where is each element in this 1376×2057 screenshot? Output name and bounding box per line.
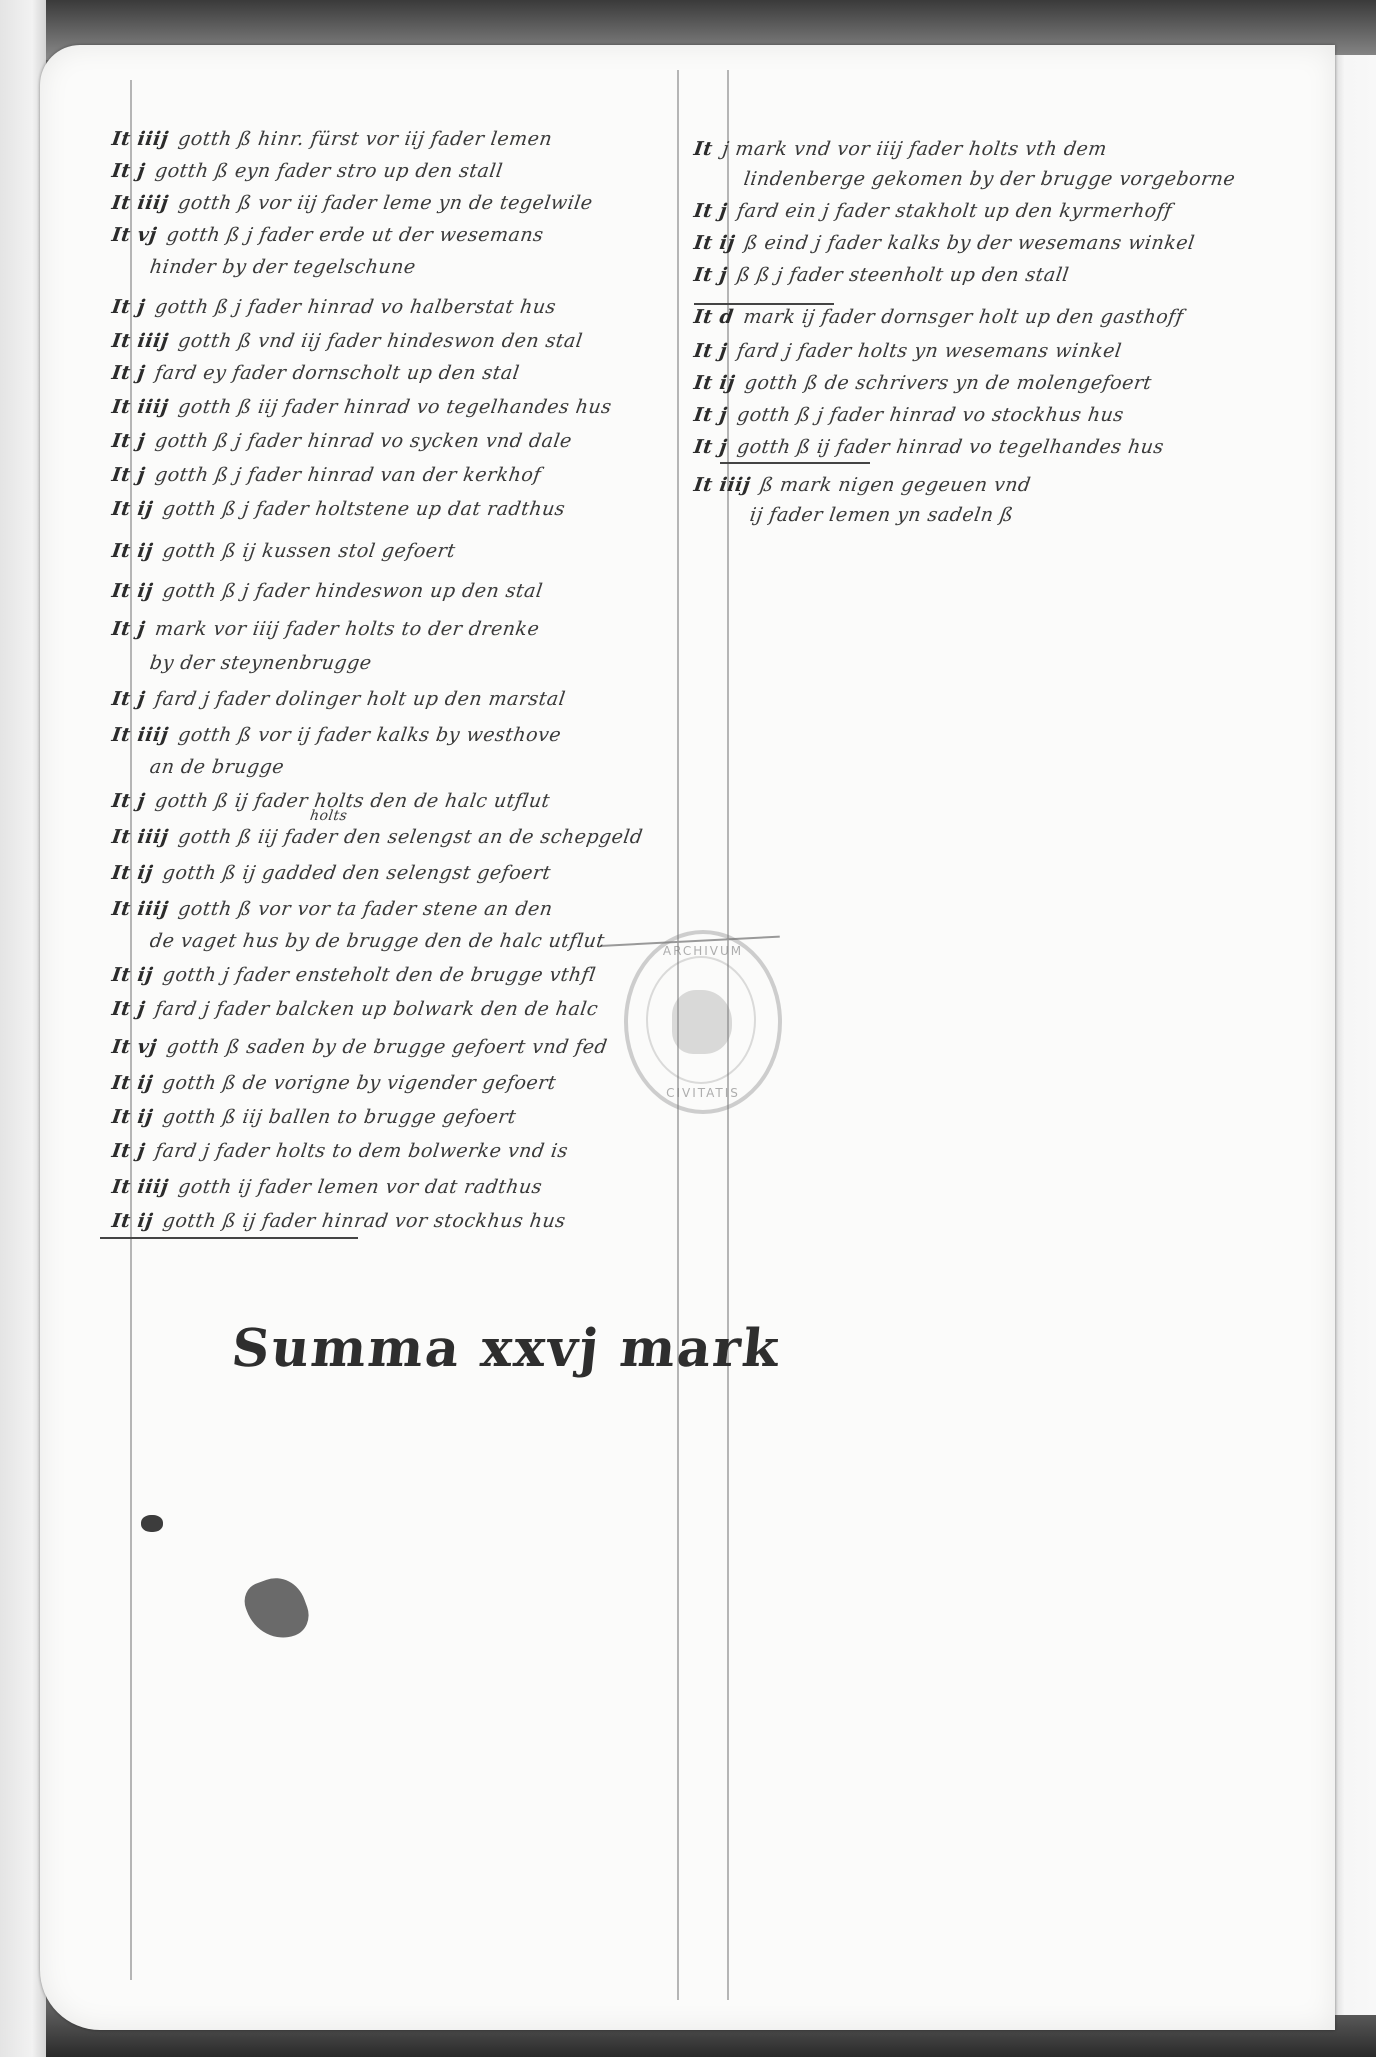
ledger-line: It vjgotth ß saden by de brugge gefoert … bbox=[110, 1036, 608, 1058]
ledger-line: It iiijgotth ß iij fader den selengst an… bbox=[110, 826, 644, 848]
ledger-line: It ijgotth ß de schrivers yn de molengef… bbox=[692, 372, 1153, 394]
ledger-line: It jfard j fader balcken up bolwark den … bbox=[110, 998, 599, 1020]
ledger-line: It iiijgotth ß hinr. fürst vor iij fader… bbox=[110, 128, 553, 150]
ledger-line: de vaget hus by de brugge den de halc ut… bbox=[138, 930, 606, 952]
left-column-end-rule bbox=[100, 1237, 358, 1239]
ledger-line: It ijgotth ß de vorigne by vigender gefo… bbox=[110, 1072, 557, 1094]
ledger-line: an de brugge bbox=[138, 756, 285, 778]
ledger-line: It jgotth ß eyn fader stro up den stall bbox=[110, 160, 504, 182]
ledger-line: by der steynenbrugge bbox=[138, 652, 373, 674]
archive-stamp: ARCHIVUM CIVITATIS bbox=[624, 930, 782, 1114]
ledger-line: It iiijgotth ij fader lemen vor dat radt… bbox=[110, 1176, 543, 1198]
ledger-line: It jfard ey fader dornscholt up den stal bbox=[110, 362, 520, 384]
ledger-line: It ijgotth j fader ensteholt den de brug… bbox=[110, 964, 597, 986]
ledger-line: It jfard j fader holts to dem bolwerke v… bbox=[110, 1140, 569, 1162]
ledger-line: It jgotth ß ij fader hinrad vo tegelhand… bbox=[692, 436, 1165, 458]
ledger-line: It ijgotth ß iij ballen to brugge gefoer… bbox=[110, 1106, 517, 1128]
ledger-line: It iiijgotth ß vor iij fader leme yn de … bbox=[110, 192, 594, 214]
right-column-rule-1 bbox=[694, 303, 834, 305]
ledger-line: It ijgotth ß j fader hindeswon up den st… bbox=[110, 580, 544, 602]
summa-total: Summa xxvj mark bbox=[229, 1318, 784, 1379]
ledger-line: It jfard j fader holts yn wesemans winke… bbox=[692, 340, 1123, 362]
ledger-line: It iiijß mark nigen gegeuen vnd bbox=[692, 474, 1032, 496]
adjacent-page-edge bbox=[1330, 55, 1376, 2015]
ledger-line: It iiijgotth ß vnd iij fader hindeswon d… bbox=[110, 330, 584, 352]
ink-blot-small bbox=[141, 1515, 163, 1532]
ledger-line: It ijgotth ß ij kussen stol gefoert bbox=[110, 540, 456, 562]
ledger-line: It jfard j fader dolinger holt up den ma… bbox=[110, 688, 567, 710]
ledger-line: hinder by der tegelschune bbox=[138, 256, 417, 278]
ledger-line: It dmark ij fader dornsger holt up den g… bbox=[692, 306, 1184, 328]
ledger-line-interlinear: holts bbox=[309, 808, 348, 824]
ledger-line: It iiijgotth ß iij fader hinrad vo tegel… bbox=[110, 396, 613, 418]
ledger-line: Itj mark vnd vor iiij fader holts vth de… bbox=[692, 138, 1108, 160]
ledger-line: It jß ß j fader steenholt up den stall bbox=[692, 264, 1070, 286]
stamp-bottom-text: CIVITATIS bbox=[628, 1086, 778, 1100]
ledger-line: It ijß eind j fader kalks by der weseman… bbox=[692, 232, 1196, 254]
ledger-line: ij fader lemen yn sadeln ß bbox=[738, 504, 1014, 526]
ledger-line: It jgotth ß j fader hinrad vo halberstat… bbox=[110, 296, 557, 318]
ledger-line: It jgotth ß j fader hinrad van der kerkh… bbox=[110, 464, 542, 486]
ledger-line: It iiijgotth ß vor vor ta fader stene an… bbox=[110, 898, 554, 920]
ledger-line: It ijgotth ß ij gadded den selengst gefo… bbox=[110, 862, 552, 884]
ledger-line: lindenberge gekomen by der brugge vorgeb… bbox=[732, 168, 1236, 190]
ledger-line: It jmark vor iiij fader holts to der dre… bbox=[110, 618, 540, 640]
stamp-lion-emblem-icon bbox=[672, 990, 732, 1054]
ledger-line: It jfard ein j fader stakholt up den kyr… bbox=[692, 200, 1173, 222]
ledger-line: It jgotth ß j fader hinrad vo sycken vnd… bbox=[110, 430, 573, 452]
ledger-line: It ijgotth ß j fader holtstene up dat ra… bbox=[110, 498, 566, 520]
ledger-line: It ijgotth ß ij fader hinrad vor stockhu… bbox=[110, 1210, 567, 1232]
ledger-line: It jgotth ß j fader hinrad vo stockhus h… bbox=[692, 404, 1125, 426]
ledger-line: It iiijgotth ß vor ij fader kalks by wes… bbox=[110, 724, 562, 746]
right-column-rule-2 bbox=[720, 462, 870, 464]
ledger-line: It vjgotth ß j fader erde ut der weseman… bbox=[110, 224, 545, 246]
